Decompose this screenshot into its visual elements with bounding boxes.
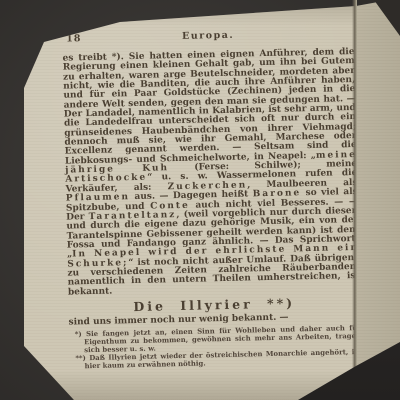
book-photo-backdrop: 18 Europa. es treibt *). Sie hatten eine… — [0, 0, 400, 400]
running-header: Europa. — [62, 27, 354, 45]
page-content: 18 Europa. es treibt *). Sie hatten eine… — [62, 27, 362, 371]
fold-shadow — [352, 0, 357, 400]
body-paragraph: es treibt *). Sie hatten einen eignen An… — [63, 48, 360, 297]
book-page: 18 Europa. es treibt *). Sie hatten eine… — [0, 0, 400, 400]
running-head-row: 18 Europa. — [62, 27, 354, 48]
footnotes-block: *) Sie fangen jetzt an, einen Sinn für W… — [75, 325, 362, 370]
